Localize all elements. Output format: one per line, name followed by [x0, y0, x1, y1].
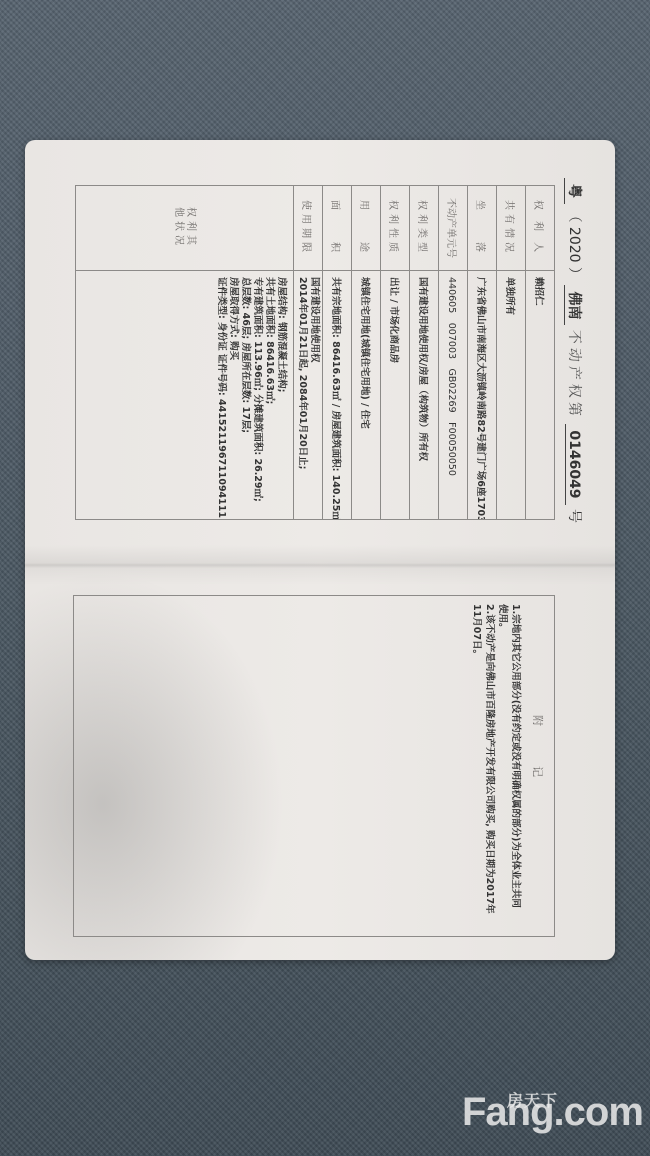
row-label: 权利性质	[381, 186, 410, 271]
table-row: 共有情况单独所有	[497, 186, 526, 520]
table-row: 使用期限 国有建设用地使用权 2014年01月21日起, 2084年01月20日…	[294, 186, 323, 520]
row-label: 不动产单元号	[439, 186, 468, 271]
table-row: 权利类型国有建设用地使用权/房屋（构筑物）所有权	[410, 186, 439, 520]
table-row: 不动产单元号440605 007003 GB02269 F00050050	[439, 186, 468, 520]
table-row: 坐 落广东省佛山市南海区大沥镇岭南路82号建门广场6座1703房	[468, 186, 497, 520]
table-row: 权利性质出让 / 市场化商品房	[381, 186, 410, 520]
fang-logo-watermark: 房天下 Fang.com	[462, 1090, 643, 1134]
annex-line: 11月07日。	[471, 604, 485, 659]
number-suffix: 号	[565, 509, 585, 523]
row-label: 使用期限	[294, 186, 323, 271]
table-row: 面 积共有宗地面积: 86416.63㎡ / 房屋建筑面积: 140.25㎡	[323, 186, 352, 520]
right-type-value: 国有建设用地使用权/房屋（构筑物）所有权	[410, 271, 439, 520]
row-label: 共有情况	[497, 186, 526, 271]
year: 2020	[566, 227, 582, 263]
table-row: 用 途城镇住宅用地(城镇住宅用地) / 住宅	[352, 186, 381, 520]
annex-line: 1.宗地内其它公用部分(没有约定或没有明确权属的部分)为全体业主共同	[510, 604, 524, 908]
row-label: 面 积	[323, 186, 352, 271]
table-row: 权 利 人赖招仁	[526, 186, 555, 520]
table-row: 权利其他状况 房屋结构: 钢筋混凝土结构; 共有土地面积: 86416.63㎡;…	[76, 186, 294, 520]
certificate-number: 0146049	[565, 424, 582, 504]
co-ownership-value: 单独所有	[497, 271, 526, 520]
annex-box: 附记 1.宗地内其它公用部分(没有约定或没有明确权属的部分)为全体业主共同 使用…	[73, 595, 555, 937]
usage-value: 城镇住宅用地(城镇住宅用地) / 住宅	[352, 271, 381, 520]
annex-line: 使用。	[497, 604, 511, 633]
annex-line: 2.该不动产是向佛山市百隆房地产开发有限公司购买, 购买日期为2017年	[484, 604, 498, 914]
certificate-label: 不动产权第	[565, 330, 585, 420]
row-label: 用 途	[352, 186, 381, 271]
unit-number-value: 440605 007003 GB02269 F00050050	[439, 271, 468, 520]
annex-title: 附记	[530, 596, 546, 936]
right-nature-value: 出让 / 市场化商品房	[381, 271, 410, 520]
city: 佛南	[564, 285, 585, 325]
row-label: 权 利 人	[526, 186, 555, 271]
certificate-number-line: 粤 （ 2020 ） 佛南 不动产权第 0146049 号	[564, 178, 585, 523]
watermark-chinese: 房天下	[507, 1088, 558, 1111]
usage-period-value: 国有建设用地使用权 2014年01月21日起, 2084年01月20日止;	[294, 271, 323, 520]
row-label: 坐 落	[468, 186, 497, 271]
row-label: 权利类型	[410, 186, 439, 271]
province: 粤	[564, 178, 585, 204]
area-value: 共有宗地面积: 86416.63㎡ / 房屋建筑面积: 140.25㎡	[323, 271, 352, 520]
owner-value: 赖招仁	[526, 271, 555, 520]
registration-table: 权 利 人赖招仁 共有情况单独所有 坐 落广东省佛山市南海区大沥镇岭南路82号建…	[75, 185, 555, 520]
other-status-label: 权利其他状况	[76, 186, 294, 271]
location-value: 广东省佛山市南海区大沥镇岭南路82号建门广场6座1703房	[468, 271, 497, 520]
other-status-value: 房屋结构: 钢筋混凝土结构; 共有土地面积: 86416.63㎡; 专有建筑面积…	[76, 271, 294, 520]
